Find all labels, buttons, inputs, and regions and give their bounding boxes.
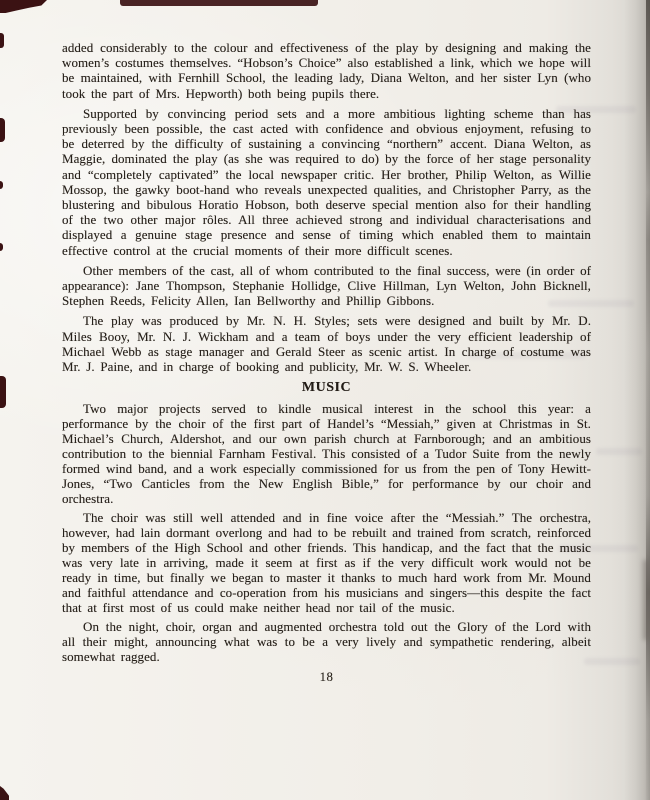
paragraph: Other members of the cast, all of whom c… xyxy=(62,263,591,309)
paragraph: added considerably to the colour and eff… xyxy=(62,40,591,101)
paragraph: The play was produced by Mr. N. H. Style… xyxy=(62,313,591,374)
paragraph: The choir was still well attended and in… xyxy=(62,510,591,615)
binding-mark-top-strip xyxy=(120,0,318,6)
paragraph: On the night, choir, organ and augmented… xyxy=(62,619,591,664)
paragraph: Supported by convincing period sets and … xyxy=(62,106,591,258)
binding-mark-left xyxy=(0,376,6,408)
page-edge-smudge xyxy=(643,560,650,640)
binding-mark-left xyxy=(0,243,3,251)
binding-mark-bottom-left xyxy=(0,786,9,800)
section-heading: MUSIC xyxy=(62,380,591,395)
binding-mark-left xyxy=(0,118,5,142)
paragraph: Two major projects served to kindle musi… xyxy=(62,401,591,506)
drama-report-section: added considerably to the colour and eff… xyxy=(62,40,591,374)
page-number: 18 xyxy=(62,670,591,685)
binding-mark-left xyxy=(0,33,4,48)
page-edge-line xyxy=(646,0,650,800)
show-through-smudge xyxy=(584,658,640,665)
show-through-smudge xyxy=(596,448,642,455)
binding-mark-left xyxy=(0,181,3,189)
music-section: MUSIC Two major projects served to kindl… xyxy=(62,380,591,664)
binding-mark-top-left xyxy=(0,0,47,13)
page-text-block: added considerably to the colour and eff… xyxy=(62,40,591,686)
